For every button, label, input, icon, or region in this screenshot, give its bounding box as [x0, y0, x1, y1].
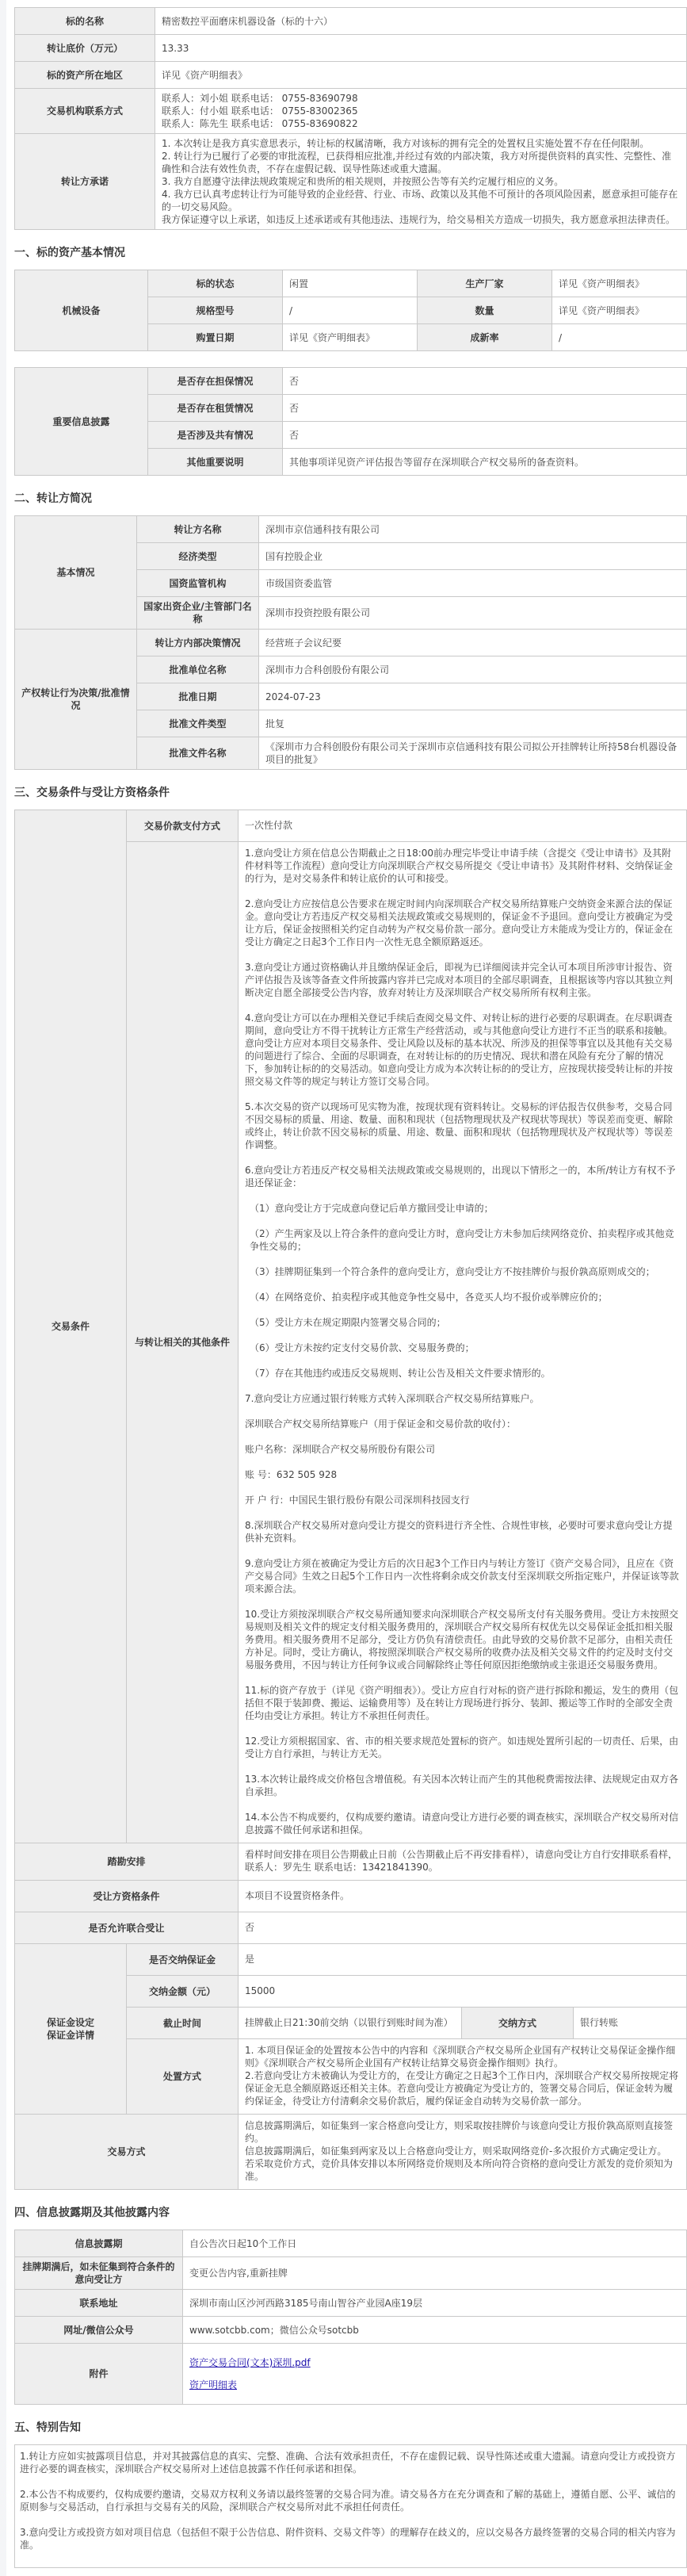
field-value: 经营班子会议纪要	[259, 630, 687, 656]
field-value: 其他事项详见资产评估报告等留存在深圳联合产权交易所的备查资料。	[283, 449, 687, 476]
field-value: 变更公告内容,重新挂牌	[183, 2257, 687, 2290]
field-label: 转让方内部决策情况	[137, 630, 259, 656]
field-label: 批准文件类型	[137, 710, 259, 737]
field-value: 银行转账	[574, 2008, 687, 2039]
approval-group-label: 产权转让行为决策/批准情况	[15, 630, 137, 770]
condition-paragraph: 6.意向受让方若违反产权交易相关法规政策或交易规则的，出现以下情形之一的，本所/…	[245, 1164, 680, 1189]
field-value: 否	[283, 368, 687, 395]
commitment-label: 转让方承诺	[15, 134, 155, 230]
field-value: www.sotcbb.com；微信公众号sotcbb	[183, 2317, 687, 2344]
account-bank: 开 户 行：中国民生银行股份有限公司深圳科技园支行	[245, 1494, 680, 1506]
condition-subitem: （1）意向受让方于完成意向登记后单方撤回受让申请的；	[245, 1202, 680, 1215]
field-value: 挂牌截止日21:30前交纳（以银行到账时间为准）	[239, 2008, 462, 2039]
field-value: 深圳市京信通科技有限公司	[259, 516, 687, 543]
special-notice-box: 1.转让方应如实披露项目信息，并对其披露信息的真实、完整、准确、合法有效承担责任…	[14, 2444, 687, 2568]
disposal-line: 1. 本项目保证金的处置按本公告中的内容和《深圳联合产权交易所企业国有产权转让交…	[245, 2044, 680, 2069]
condition-subitem: （2）产生两家及以上符合条件的意向受让方时，意向受让方未参加后续网络竞价、拍卖程…	[245, 1227, 680, 1253]
field-value: /	[552, 324, 687, 351]
reserve-price-value: 13.33	[155, 35, 687, 62]
summary-row: 标的名称 精密数控平面磨床机器设备（标的十六）	[15, 8, 687, 35]
disclosure-row: 重要信息披露 是否存在担保情况 否	[15, 368, 687, 395]
site-visit-label: 踏勘安排	[15, 1843, 239, 1881]
field-label: 截止时间	[127, 2008, 239, 2039]
equipment-table: 机械设备 标的状态 闲置 生产厂家 详见《资产明细表》 规格型号 / 数量 详见…	[14, 270, 687, 351]
trade-conditions-group-label: 交易条件	[15, 810, 127, 1843]
contact-line: 联系人：陈先生 联系电话： 0755-83690822	[162, 117, 680, 130]
field-value: /	[283, 297, 418, 324]
condition-paragraph: 11.标的资产存放于（详见《资产明细表》）。受让方应自行对标的资产进行拆除和搬运…	[245, 1684, 680, 1722]
field-label: 经济类型	[137, 543, 259, 570]
disclosure-period-row: 网址/微信公众号 www.sotcbb.com；微信公众号sotcbb	[15, 2317, 687, 2344]
condition-paragraph: 9.意向受让方须在被确定为受让方后的次日起3个工作日内与转让方签订《资产交易合同…	[245, 1557, 680, 1595]
deposit-setting-label: 保证金设定	[21, 2016, 120, 2029]
other-conditions-label: 与转让相关的其他条件	[127, 842, 239, 1843]
field-value: 自公告次日起10个工作日	[183, 2230, 687, 2257]
equipment-group-label: 机械设备	[15, 270, 148, 351]
announcement-page: 标的名称 精密数控平面磨床机器设备（标的十六） 转让底价（万元） 13.33 标…	[6, 0, 687, 2576]
condition-subitem: （3）挂牌期征集到一个符合条件的意向受让方，意向受让方不按挂牌价与报价孰高原则成…	[245, 1265, 680, 1278]
field-value: 15000	[239, 1976, 687, 2008]
field-label: 是否存在租赁情况	[148, 395, 283, 422]
notice-paragraph: 3.意向受让方或投资方如对项目信息（包括但不限于公告信息、附件资料、交易文件等）…	[20, 2526, 681, 2551]
field-label: 成新率	[418, 324, 552, 351]
condition-paragraph: 14.本公告不构成要约，仅构成要约邀请。请意向受让方进行必要的调查核实，深圳联合…	[245, 1811, 680, 1836]
section-title-disclosure-period: 四、信息披露期及其他披露内容	[14, 2190, 687, 2230]
asset-name-label: 标的名称	[15, 8, 155, 35]
field-label: 是否存在担保情况	[148, 368, 283, 395]
field-label: 生产厂家	[418, 270, 552, 297]
asset-name-value: 精密数控平面磨床机器设备（标的十六）	[155, 8, 687, 35]
field-label: 数量	[418, 297, 552, 324]
basic-group-label: 基本情况	[15, 516, 137, 630]
disclosure-period-row: 挂牌期满后，如未征集到符合条件的意向受让方 变更公告内容,重新挂牌	[15, 2257, 687, 2290]
contact-line: 联系人：刘小姐 联系电话： 0755-83690798	[162, 92, 680, 105]
field-label: 交易价款支付方式	[127, 810, 239, 842]
transferor-row: 基本情况 转让方名称 深圳市京信通科技有限公司	[15, 516, 687, 543]
trade-method-line: 信息披露期满后，如征集到一家合格意向受让方，则采取按挂牌价与该意向受让方报价孰高…	[245, 2119, 680, 2145]
field-label: 是否涉及共有情况	[148, 422, 283, 449]
field-label: 交纳金额（元）	[127, 1976, 239, 2008]
disclosure-period-row: 信息披露期 自公告次日起10个工作日	[15, 2230, 687, 2257]
field-label: 网址/微信公众号	[15, 2317, 183, 2344]
contact-label: 交易机构联系方式	[15, 89, 155, 134]
commitment-row: 转让方承诺 1. 本次转让是我方真实意思表示，转让标的权属清晰，我方对该标的拥有…	[15, 134, 687, 230]
account-number: 账 号：632 505 928	[245, 1468, 680, 1481]
site-visit-row: 踏勘安排 看样时间安排在项目公告期截止日前（公告期截止后不再安排看样），请意向受…	[15, 1843, 687, 1881]
condition-paragraph: 12.受让方须根据国家、省、市的相关要求规范处置标的资产。如违规处置所引起的一切…	[245, 1735, 680, 1760]
trade-method-row: 交易方式 信息披露期满后，如征集到一家合格意向受让方，则采取按挂牌价与该意向受让…	[15, 2115, 687, 2190]
account-heading: 深圳联合产权交易所结算账户（用于保证金和交易价款的收付）：	[245, 1418, 680, 1430]
field-label: 转让方名称	[137, 516, 259, 543]
equipment-row: 机械设备 标的状态 闲置 生产厂家 详见《资产明细表》	[15, 270, 687, 297]
field-value: 深圳市南山区沙河西路3185号南山智谷产业园A座19层	[183, 2290, 687, 2317]
attachments-value: 资产交易合同(文本)深圳.pdf 资产明细表	[183, 2344, 687, 2405]
condition-paragraph: 2.意向受让方应按信息公告要求在规定时间内向深圳联合产权交易所结算账户交纳资金来…	[245, 898, 680, 948]
attachments-label: 附件	[15, 2344, 183, 2405]
deposit-group-label: 保证金设定 保证金详情	[15, 1944, 127, 2115]
commitment-value: 1. 本次转让是我方真实意思表示，转让标的权属清晰，我方对该标的拥有完全的处置权…	[155, 134, 687, 230]
attachment-link-asset-list[interactable]: 资产明细表	[189, 2379, 680, 2391]
reserve-price-label: 转让底价（万元）	[15, 35, 155, 62]
field-label: 国家出资企业/主管部门名称	[137, 597, 259, 630]
field-label: 是否交纳保证金	[127, 1944, 239, 1976]
field-value: 否	[283, 422, 687, 449]
transferor-table: 基本情况 转让方名称 深圳市京信通科技有限公司 经济类型 国有控股企业 国资监管…	[14, 515, 687, 770]
account-name: 账户名称：深圳联合产权交易所股份有限公司	[245, 1443, 680, 1456]
condition-paragraph: 5.本次交易的资产以现场可见实物为准，按现状现有资料转让。交易标的评估报告仅供参…	[245, 1100, 680, 1151]
field-label: 挂牌期满后，如未征集到符合条件的意向受让方	[15, 2257, 183, 2290]
field-value: 国有控股企业	[259, 543, 687, 570]
site-visit-value: 看样时间安排在项目公告期截止日前（公告期截止后不再安排看样），请意向受让方自行安…	[239, 1843, 687, 1881]
field-value: 深圳市力合科创股份有限公司	[259, 656, 687, 683]
commitment-line: 我方保证遵守以上承诺，如违反上述承诺或有其他违法、违规行为，给交易相关方造成一切…	[162, 213, 680, 226]
commitment-line: 2. 转让行为已履行了必要的审批流程，已获得相应批准,并经过有效的内部决策，我方…	[162, 150, 680, 175]
commitment-line: 1. 本次转让是我方真实意思表示，转让标的权属清晰，我方对该标的拥有完全的处置权…	[162, 137, 680, 150]
qualification-row: 受让方资格条件 本项目不设置资格条件。	[15, 1881, 687, 1912]
trade-method-value: 信息披露期满后，如征集到一家合格意向受让方，则采取按挂牌价与该意向受让方报价孰高…	[239, 2115, 687, 2190]
condition-paragraph: 3.意向受让方通过资格确认并且缴纳保证金后，即视为已详细阅读并完全认可本项目所涉…	[245, 961, 680, 999]
approval-row: 产权转让行为决策/批准情况 转让方内部决策情况 经营班子会议纪要	[15, 630, 687, 656]
field-label: 处置方式	[127, 2039, 239, 2115]
contact-value: 联系人：刘小姐 联系电话： 0755-83690798 联系人：付小姐 联系电话…	[155, 89, 687, 134]
other-conditions-value: 1.意向受让方须在信息公告期截止之日18:00前办理完毕受让申请手续（含提交《受…	[239, 842, 687, 1843]
disclosure-period-table: 信息披露期 自公告次日起10个工作日 挂牌期满后，如未征集到符合条件的意向受让方…	[14, 2230, 687, 2405]
deposit-required-row: 保证金设定 保证金详情 是否交纳保证金 是	[15, 1944, 687, 1976]
field-label: 批准单位名称	[137, 656, 259, 683]
attachment-link-contract[interactable]: 资产交易合同(文本)深圳.pdf	[189, 2356, 680, 2369]
summary-row: 标的资产所在地区 详见《资产明细表》	[15, 62, 687, 89]
field-label: 信息披露期	[15, 2230, 183, 2257]
commitment-line: 3. 我方自愿遵守法律法规政策规定和贵所的相关规则，并按照公告等有关约定履行相应…	[162, 175, 680, 188]
field-label: 其他重要说明	[148, 449, 283, 476]
condition-paragraph: 13.本次转让最终成交价格包含增值税。有关因本次转让而产生的其他税费需按法律、法…	[245, 1773, 680, 1798]
field-value: 详见《资产明细表》	[283, 324, 418, 351]
disposal-line: 2.若意向受让方未被确认为受让方的，在受让方确定之日起3个工作日内，深圳联合产权…	[245, 2069, 680, 2107]
condition-subitem: （5）受让方未在规定期限内签署交易合同的；	[245, 1316, 680, 1329]
condition-paragraph: 8.深圳联合产权交易所对意向受让方提交的资料进行齐全性、合规性审核，必要时可要求…	[245, 1519, 680, 1544]
commitment-line: 4. 我方已认真考虑转让行为可能导致的企业经营、行业、市场、政策以及其他不可预计…	[162, 188, 680, 213]
field-label: 国资监管机构	[137, 570, 259, 597]
attachments-row: 附件 资产交易合同(文本)深圳.pdf 资产明细表	[15, 2344, 687, 2405]
field-label: 联系地址	[15, 2290, 183, 2317]
payment-row: 交易条件 交易价款支付方式 一次性付款	[15, 810, 687, 842]
summary-row: 转让底价（万元） 13.33	[15, 35, 687, 62]
condition-paragraph: 1.意向受让方须在信息公告期截止之日18:00前办理完毕受让申请手续（含提交《受…	[245, 847, 680, 885]
condition-paragraph: 4.意向受让方可以在办理相关登记手续后查阅交易文件、对转让标的进行必要的尽职调查…	[245, 1012, 680, 1088]
field-label: 购置日期	[148, 324, 283, 351]
contact-line: 联系人：付小姐 联系电话： 0755-83002365	[162, 105, 680, 117]
section-title-transferor: 二、转让方简况	[14, 476, 687, 515]
notice-paragraph: 2.本公告不构成要约，仅构成要约邀请，交易双方权利义务请以最终签署的交易合同为准…	[20, 2488, 681, 2513]
section-title-trade-conditions: 三、交易条件与受让方资格条件	[14, 770, 687, 810]
field-value: 市级国资委监管	[259, 570, 687, 597]
disclosure-table: 重要信息披露 是否存在担保情况 否 是否存在租赁情况 否 是否涉及共有情况 否 …	[14, 367, 687, 476]
trade-method-line: 信息披露期满后，如征集到两家及以上合格意向受让方，则采取网络竞价-多次报价方式确…	[245, 2145, 680, 2157]
asset-region-value: 详见《资产明细表》	[155, 62, 687, 89]
field-value: 是	[239, 1944, 687, 1976]
trade-method-label: 交易方式	[15, 2115, 239, 2190]
field-value: 否	[283, 395, 687, 422]
field-value: 2024-07-23	[259, 683, 687, 710]
disclosure-group-label: 重要信息披露	[15, 368, 148, 476]
condition-subitem: （4）在网络竞价、拍卖程序或其他竞争性交易中，各竞买人均不报价或举牌应价的；	[245, 1291, 680, 1303]
joint-transfer-label: 是否允许联合受让	[15, 1912, 239, 1944]
field-value: 详见《资产明细表》	[552, 270, 687, 297]
condition-paragraph: 10.受让方须按深圳联合产权交易所通知要求向深圳联合产权交易所支付有关服务费用。…	[245, 1608, 680, 1671]
field-label: 交纳方式	[462, 2008, 574, 2039]
qualification-label: 受让方资格条件	[15, 1881, 239, 1912]
field-label: 标的状态	[148, 270, 283, 297]
joint-transfer-row: 是否允许联合受让 否	[15, 1912, 687, 1944]
condition-subitem: （6）受让方未按约定支付交易价款、交易服务费的；	[245, 1342, 680, 1354]
joint-transfer-value: 否	[239, 1912, 687, 1944]
field-label: 批准日期	[137, 683, 259, 710]
condition-subitem: （7）存在其他违约或违反交易规则、转让公告及相关文件要求情形的。	[245, 1367, 680, 1380]
asset-region-label: 标的资产所在地区	[15, 62, 155, 89]
notice-paragraph: 1.转让方应如实披露项目信息，并对其披露信息的真实、完整、准确、合法有效承担责任…	[20, 2450, 681, 2475]
section-title-asset-basics: 一、标的资产基本情况	[14, 230, 687, 270]
condition-paragraph: 7.意向受让方应通过银行转账方式转入深圳联合产权交易所结算账户。	[245, 1392, 680, 1405]
field-value: 1. 本项目保证金的处置按本公告中的内容和《深圳联合产权交易所企业国有产权转让交…	[239, 2039, 687, 2115]
trade-conditions-table: 交易条件 交易价款支付方式 一次性付款 与转让相关的其他条件 1.意向受让方须在…	[14, 810, 687, 2190]
field-value: 批复	[259, 710, 687, 737]
qualification-value: 本项目不设置资格条件。	[239, 1881, 687, 1912]
field-value: 一次性付款	[239, 810, 687, 842]
section-title-special-notice: 五、特别告知	[14, 2405, 687, 2444]
field-label: 规格型号	[148, 297, 283, 324]
field-value: 《深圳市力合科创股份有限公司关于深圳市京信通科技有限公司拟公开挂牌转让所持58台…	[259, 737, 687, 770]
field-value: 详见《资产明细表》	[552, 297, 687, 324]
disclosure-period-row: 联系地址 深圳市南山区沙河西路3185号南山智谷产业园A座19层	[15, 2290, 687, 2317]
field-value: 深圳市投资控股有限公司	[259, 597, 687, 630]
contact-row: 交易机构联系方式 联系人：刘小姐 联系电话： 0755-83690798 联系人…	[15, 89, 687, 134]
deposit-detail-label: 保证金详情	[21, 2029, 120, 2042]
summary-table: 标的名称 精密数控平面磨床机器设备（标的十六） 转让底价（万元） 13.33 标…	[14, 7, 687, 230]
trade-method-line: 若采取竞价方式，竞价具体安排以本所网络竞价规则及本所向符合资格的意向受让方派发的…	[245, 2157, 680, 2183]
field-label: 批准文件名称	[137, 737, 259, 770]
field-value: 闲置	[283, 270, 418, 297]
